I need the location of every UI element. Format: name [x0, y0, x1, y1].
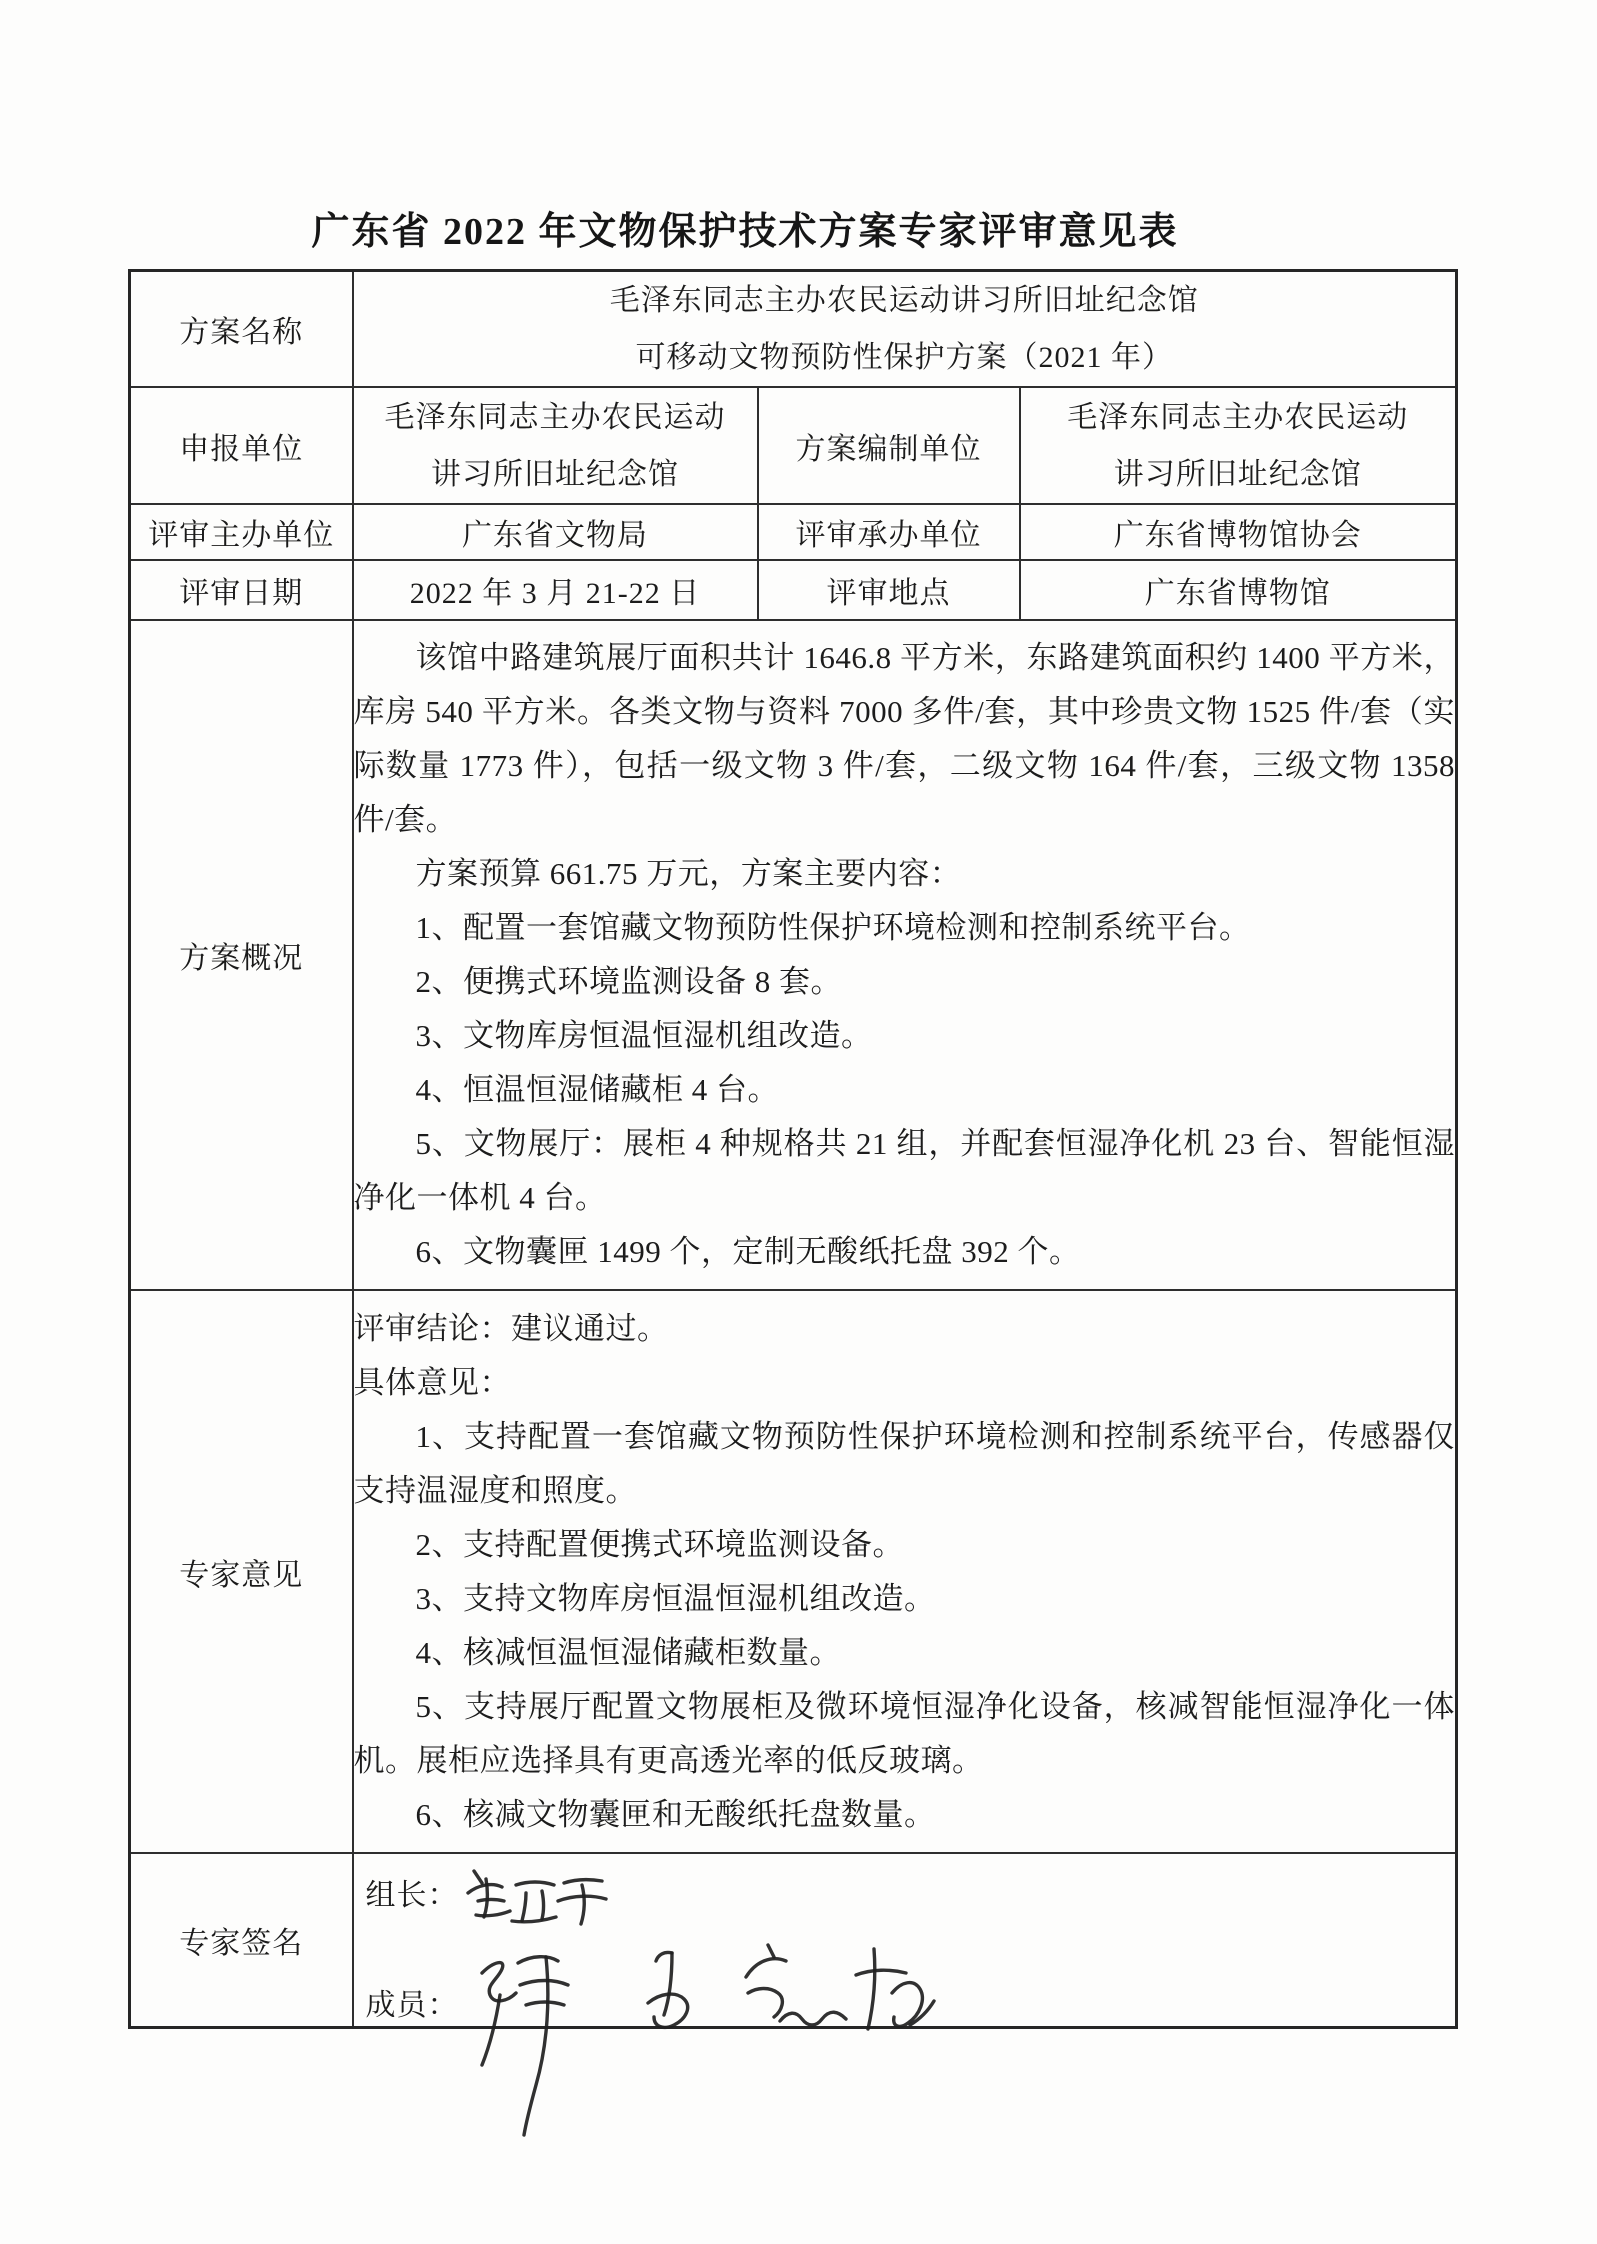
overview-list-item: 5、文物展厅：展柜 4 种规格共 21 组，并配套恒湿净化机 23 台、智能恒湿…: [354, 1117, 1456, 1225]
review-host-label: 评审主办单位: [130, 504, 353, 560]
overview-list-item: 6、文物囊匣 1499 个，定制无酸纸托盘 392 个。: [354, 1225, 1456, 1279]
plan-name-line1: 毛泽东同志主办农民运动讲习所旧址纪念馆: [354, 272, 1456, 329]
opinion-conclusion: 评审结论：建议通过。: [354, 1302, 1456, 1356]
expert-opinion-content: 评审结论：建议通过。 具体意见： 1、支持配置一套馆藏文物预防性保护环境检测和控…: [353, 1290, 1457, 1853]
review-host-value: 广东省文物局: [353, 504, 758, 560]
review-place-label: 评审地点: [758, 560, 1020, 620]
compiler-line1: 毛泽东同志主办农民运动: [1021, 389, 1456, 446]
compiler-line2: 讲习所旧址纪念馆: [1021, 446, 1456, 503]
row-expert-opinion: 专家意见 评审结论：建议通过。 具体意见： 1、支持配置一套馆藏文物预防性保护环…: [130, 1290, 1457, 1853]
applicant-line1: 毛泽东同志主办农民运动: [354, 389, 757, 446]
row-review-date: 评审日期 2022 年 3 月 21-22 日 评审地点 广东省博物馆: [130, 560, 1457, 620]
review-place-value: 广东省博物馆: [1020, 560, 1457, 620]
expert-opinion-label: 专家意见: [130, 1290, 353, 1853]
opinion-list-item: 4、核减恒温恒湿储藏柜数量。: [354, 1626, 1456, 1680]
compiler-label: 方案编制单位: [758, 387, 1020, 504]
overview-list-item: 4、恒温恒湿储藏柜 4 台。: [354, 1063, 1456, 1117]
plan-overview-label: 方案概况: [130, 620, 353, 1290]
member-label: 成员：: [366, 1980, 459, 2024]
applicant-label: 申报单位: [130, 387, 353, 504]
plan-name-value: 毛泽东同志主办农民运动讲习所旧址纪念馆 可移动文物预防性保护方案（2021 年）: [353, 271, 1457, 388]
compiler-value: 毛泽东同志主办农民运动 讲习所旧址纪念馆: [1020, 387, 1457, 504]
overview-list-item: 2、便携式环境监测设备 8 套。: [354, 955, 1456, 1009]
leader-label: 组长：: [366, 1870, 459, 1914]
review-date-label: 评审日期: [130, 560, 353, 620]
plan-name-line2: 可移动文物预防性保护方案（2021 年）: [354, 329, 1456, 386]
plan-overview-content: 该馆中路建筑展厅面积共计 1646.8 平方米，东路建筑面积约 1400 平方米…: [353, 620, 1457, 1290]
review-undertaker-label: 评审承办单位: [758, 504, 1020, 560]
opinion-list-item: 3、支持文物库房恒温恒湿机组改造。: [354, 1572, 1456, 1626]
review-form-table: 方案名称 毛泽东同志主办农民运动讲习所旧址纪念馆 可移动文物预防性保护方案（20…: [128, 269, 1458, 2029]
row-review-host: 评审主办单位 广东省文物局 评审承办单位 广东省博物馆协会: [130, 504, 1457, 560]
opinion-subtitle: 具体意见：: [354, 1356, 1456, 1410]
opinion-list-item: 2、支持配置便携式环境监测设备。: [354, 1518, 1456, 1572]
review-undertaker-value: 广东省博物馆协会: [1020, 504, 1457, 560]
review-date-value: 2022 年 3 月 21-22 日: [353, 560, 758, 620]
opinion-list-item: 5、支持展厅配置文物展柜及微环境恒湿净化设备，核减智能恒湿净化一体机。展柜应选择…: [354, 1680, 1456, 1788]
overview-list-item: 1、配置一套馆藏文物预防性保护环境检测和控制系统平台。: [354, 901, 1456, 955]
overview-list-item: 3、文物库房恒温恒湿机组改造。: [354, 1009, 1456, 1063]
row-plan-name: 方案名称 毛泽东同志主办农民运动讲习所旧址纪念馆 可移动文物预防性保护方案（20…: [130, 271, 1457, 388]
scanned-review-form-page: 广东省 2022 年文物保护技术方案专家评审意见表 方案名称 毛泽东同志主办农民…: [0, 0, 1597, 2244]
opinion-list-item: 6、核减文物囊匣和无酸纸托盘数量。: [354, 1788, 1456, 1842]
expert-signature-content: 组长： 成员：: [353, 1853, 1457, 2027]
row-applicant: 申报单位 毛泽东同志主办农民运动 讲习所旧址纪念馆 方案编制单位 毛泽东同志主办…: [130, 387, 1457, 504]
row-expert-signature: 专家签名 组长： 成员：: [130, 1853, 1457, 2027]
opinion-list-item: 1、支持配置一套馆藏文物预防性保护环境检测和控制系统平台，传感器仅支持温湿度和照…: [354, 1410, 1456, 1518]
row-plan-overview: 方案概况 该馆中路建筑展厅面积共计 1646.8 平方米，东路建筑面积约 140…: [130, 620, 1457, 1290]
plan-name-label: 方案名称: [130, 271, 353, 388]
applicant-line2: 讲习所旧址纪念馆: [354, 446, 757, 503]
overview-paragraph: 该馆中路建筑展厅面积共计 1646.8 平方米，东路建筑面积约 1400 平方米…: [354, 631, 1456, 847]
page-title: 广东省 2022 年文物保护技术方案专家评审意见表: [0, 200, 1490, 255]
applicant-value: 毛泽东同志主办农民运动 讲习所旧址纪念馆: [353, 387, 758, 504]
expert-signature-label: 专家签名: [130, 1853, 353, 2027]
overview-paragraph: 方案预算 661.75 万元，方案主要内容：: [354, 847, 1456, 901]
